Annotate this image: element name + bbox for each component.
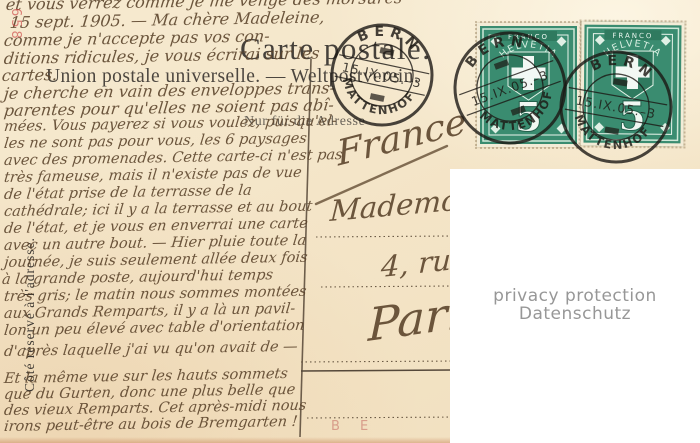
privacy-overlay-line1: privacy protection	[493, 287, 657, 305]
address-dotted-line-1	[316, 236, 452, 237]
address-country: France	[335, 101, 469, 174]
postage-stamp: FRANCO HELVETIA 5	[477, 23, 580, 147]
stamp-value: 5	[515, 94, 543, 141]
address-dotted-line-3	[301, 361, 460, 362]
privacy-overlay-line2: Datenschutz	[493, 305, 657, 323]
stamp-value: 5	[618, 93, 646, 140]
pencil-mark: B E	[331, 419, 376, 434]
address-solid-line	[301, 370, 452, 371]
privacy-overlay: privacy protection Datenschutz	[450, 169, 700, 443]
red-edge-mark: 658	[8, 8, 23, 42]
address-dotted-line-2	[321, 286, 452, 287]
scan-bottom-edge	[0, 437, 452, 443]
postcard-scan: Carte postale. Union postale universelle…	[0, 0, 700, 443]
postage-stamp: FRANCO HELVETIA 5	[580, 22, 684, 147]
message-line: d'après laquelle j'ai vu qu'on avait de …	[3, 339, 298, 360]
message-line: cartes.	[1, 65, 58, 85]
address-dotted-line-4	[307, 417, 462, 418]
